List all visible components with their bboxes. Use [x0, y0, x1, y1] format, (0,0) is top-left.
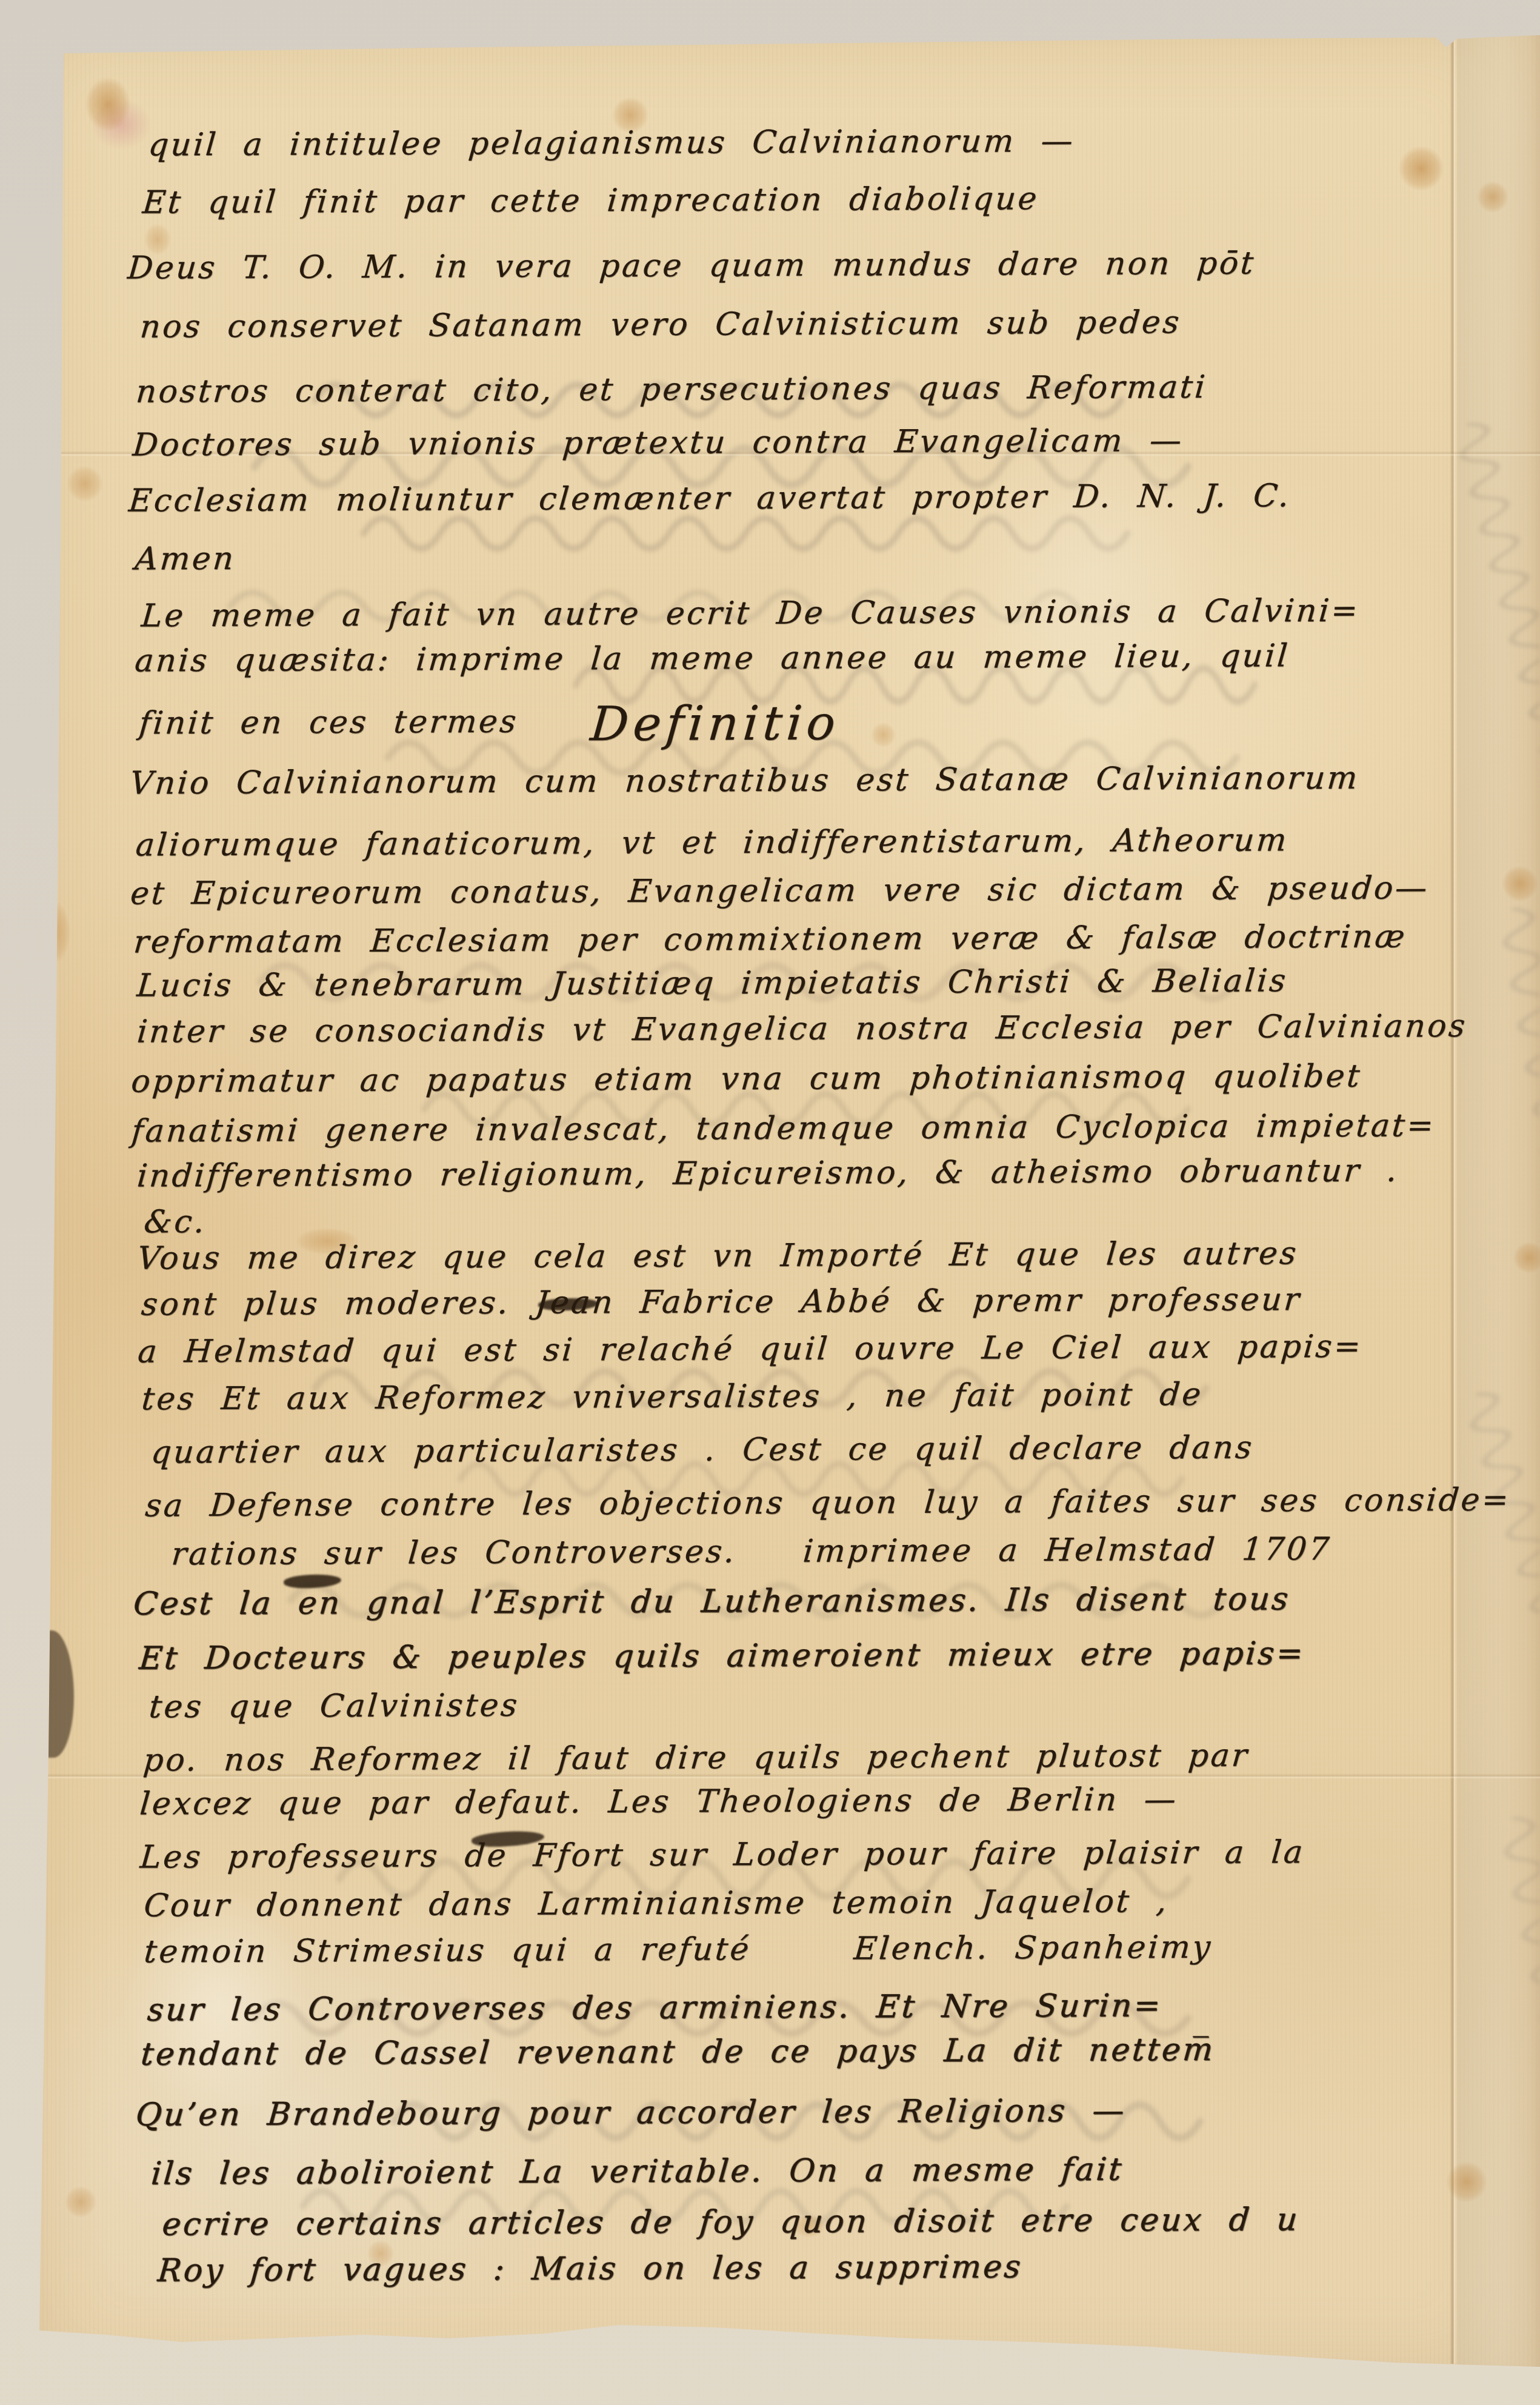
manuscript-line-20: indifferentismo religionum, Epicureismo,…	[136, 1152, 1401, 1194]
inline-heading: Definitio	[588, 696, 842, 752]
manuscript-line-32: po. nos Reformez il faut dire quils pech…	[142, 1738, 1250, 1779]
line-segment: temoin Strimesius qui a refuté	[143, 1931, 753, 1970]
manuscript-line-26: quartier aux particularistes . Cest ce q…	[150, 1430, 1255, 1471]
line-segment: Cour donnent dans Larminianisme temoin J…	[142, 1883, 1170, 1924]
line-segment: imprimee a Helmstad 1707	[802, 1531, 1333, 1570]
line-segment: et Epicureorum conatus, Evangelicam vere…	[129, 870, 1430, 912]
manuscript-line-11: finit en ces termesDefinitio	[138, 687, 843, 745]
line-segment: sur les Controverses des arminiens. Et N…	[146, 1987, 1164, 2028]
line-segment: Amen	[133, 541, 237, 578]
manuscript-line-14: et Epicureorum conatus, Evangelicam vere…	[129, 870, 1430, 912]
line-segment: nos conservet Satanam vero Calvinisticum…	[139, 304, 1183, 345]
manuscript-line-33: lexcez que par defaut. Les Theologiens d…	[138, 1781, 1179, 1822]
line-segment: a Helmstad qui est si relaché quil ouvre…	[136, 1329, 1364, 1370]
line-segment: tes Et aux Reformez vniversalistes , ne …	[141, 1376, 1205, 1418]
manuscript-line-17: inter se consociandis vt Evangelica nost…	[136, 1008, 1468, 1050]
manuscript-line-29: Cest la en gnal l’Esprit du Lutheranisme…	[132, 1581, 1292, 1622]
manuscript-line-42: Roy fort vagues : Mais on les a supprime…	[156, 2249, 1024, 2289]
manuscript-line-3: Deus T. O. M. in vera pace quam mundus d…	[126, 245, 1257, 286]
manuscript-line-41: ecrire certains articles de foy quon dis…	[161, 2201, 1301, 2243]
manuscript-line-34: Les professeurs de Ffort sur Loder pour …	[139, 1834, 1306, 1875]
manuscript-line-13: aliorumque fanaticorum, vt et indifferen…	[135, 822, 1290, 863]
manuscript-line-35: Cour donnent dans Larminianisme temoin J…	[142, 1883, 1170, 1924]
manuscript-line-28: rations sur les Controverses.imprimee a …	[170, 1531, 1333, 1572]
manuscript-line-40: ils les aboliroient La veritable. On a m…	[150, 2151, 1125, 2192]
line-segment: aliorumque fanaticorum, vt et indifferen…	[135, 822, 1290, 863]
line-segment: rations sur les Controverses.	[170, 1533, 738, 1572]
manuscript-line-37: sur les Controverses des arminiens. Et N…	[146, 1987, 1164, 2028]
manuscript-line-12: Vnio Calvinianorum cum nostratibus est S…	[128, 760, 1361, 802]
manuscript-line-18: opprimatur ac papatus etiam vna cum phot…	[130, 1058, 1363, 1100]
manuscript-line-25: tes Et aux Reformez vniversalistes , ne …	[141, 1376, 1205, 1418]
manuscript-line-2: Et quil finit par cette imprecation diab…	[141, 181, 1041, 221]
line-segment: reformatam Ecclesiam per commixtionem ve…	[132, 918, 1408, 960]
line-segment: opprimatur ac papatus etiam vna cum phot…	[130, 1058, 1363, 1100]
line-segment: tendant de Cassel revenant de ce pays La…	[139, 2032, 1216, 2073]
manuscript-line-8: Amen	[133, 541, 237, 578]
line-segment: Et quil finit par cette imprecation diab…	[141, 181, 1041, 221]
manuscript-line-39: Qu’en Brandebourg pour accorder les Reli…	[135, 2092, 1128, 2133]
manuscript-line-38: tendant de Cassel revenant de ce pays La…	[139, 2032, 1216, 2073]
line-segment: &c.	[142, 1204, 208, 1240]
line-segment: Elench. Spanheimy	[853, 1929, 1214, 1967]
line-segment: po. nos Reformez il faut dire quils pech…	[142, 1738, 1250, 1779]
manuscript-line-30: Et Docteurs & peuples quils aimeroient m…	[138, 1635, 1306, 1676]
line-segment: ils les aboliroient La veritable. On a m…	[150, 2151, 1125, 2192]
line-segment: lexcez que par defaut. Les Theologiens d…	[138, 1781, 1179, 1822]
line-segment: Vnio Calvinianorum cum nostratibus est S…	[128, 760, 1361, 802]
manuscript-line-15: reformatam Ecclesiam per commixtionem ve…	[132, 918, 1408, 960]
line-segment: indifferentismo religionum, Epicureismo,…	[136, 1152, 1401, 1194]
line-segment: Ecclesiam moliuntur clemænter avertat pr…	[127, 478, 1292, 519]
line-segment: Cest la en gnal l’Esprit du Lutheranisme…	[132, 1581, 1292, 1622]
manuscript-line-7: Ecclesiam moliuntur clemænter avertat pr…	[127, 478, 1292, 519]
line-segment: Deus T. O. M. in vera pace quam mundus d…	[126, 245, 1257, 286]
manuscript-line-24: a Helmstad qui est si relaché quil ouvre…	[136, 1329, 1364, 1370]
line-segment: Qu’en Brandebourg pour accorder les Reli…	[135, 2092, 1128, 2133]
line-segment: tes que Calvinistes	[148, 1687, 521, 1726]
manuscript-line-10: anis quæsita: imprime la meme annee au m…	[133, 638, 1291, 679]
line-segment: quartier aux particularistes . Cest ce q…	[150, 1430, 1255, 1471]
line-segment: Et Docteurs & peuples quils aimeroient m…	[138, 1635, 1306, 1676]
manuscript-line-27: sa Defense contre les objections quon lu…	[144, 1482, 1512, 1524]
manuscript-line-16: Lucis & tenebrarum Justitiæq impietatis …	[136, 962, 1290, 1004]
manuscript-line-36: temoin Strimesius qui a refutéElench. Sp…	[143, 1929, 1214, 1970]
manuscript-line-5: nostros conterat cito, et persecutiones …	[135, 369, 1208, 410]
manuscript-line-1: quil a intitulee pelagianismus Calvinian…	[147, 123, 1076, 164]
manuscript-line-22: Vous me direz que cela est vn Importé Et…	[136, 1235, 1300, 1276]
line-segment: inter se consociandis vt Evangelica nost…	[136, 1008, 1468, 1050]
line-segment: Lucis & tenebrarum Justitiæq impietatis …	[136, 962, 1290, 1004]
line-segment: finit en ces termes	[138, 704, 519, 742]
line-segment: quil a intitulee pelagianismus Calvinian…	[147, 123, 1076, 164]
manuscript-line-6: Doctores sub vnionis prætextu contra Eva…	[132, 422, 1185, 464]
line-segment: Les professeurs de Ffort sur Loder pour …	[139, 1834, 1306, 1875]
line-segment: anis quæsita: imprime la meme annee au m…	[133, 638, 1291, 679]
line-segment: nostros conterat cito, et persecutiones …	[135, 369, 1208, 410]
line-segment: Doctores sub vnionis prætextu contra Eva…	[132, 422, 1185, 464]
line-segment: Roy fort vagues : Mais on les a supprime…	[156, 2249, 1024, 2289]
line-segment: Vous me direz que cela est vn Importé Et…	[136, 1235, 1300, 1276]
manuscript-line-9: Le meme a fait vn autre ecrit De Causes …	[140, 593, 1361, 635]
manuscript-line-19: fanatismi genere invalescat, tandemque o…	[130, 1107, 1437, 1149]
line-segment: ecrire certains articles de foy quon dis…	[161, 2201, 1301, 2243]
manuscript-line-21: &c.	[142, 1204, 208, 1240]
manuscript-line-4: nos conservet Satanam vero Calvinisticum…	[139, 304, 1183, 345]
line-segment: sa Defense contre les objections quon lu…	[144, 1482, 1512, 1524]
handwritten-text-layer: quil a intitulee pelagianismus Calvinian…	[0, 0, 1540, 2405]
line-segment: Le meme a fait vn autre ecrit De Causes …	[140, 593, 1361, 635]
manuscript-line-31: tes que Calvinistes	[148, 1687, 521, 1726]
scan-backing: quil a intitulee pelagianismus Calvinian…	[0, 0, 1540, 2405]
manuscript-page: quil a intitulee pelagianismus Calvinian…	[0, 0, 1540, 2405]
line-segment: sont plus moderes. Jean Fabrice Abbé & p…	[140, 1281, 1303, 1323]
line-segment: fanatismi genere invalescat, tandemque o…	[130, 1107, 1437, 1149]
manuscript-line-23: sont plus moderes. Jean Fabrice Abbé & p…	[140, 1281, 1303, 1323]
